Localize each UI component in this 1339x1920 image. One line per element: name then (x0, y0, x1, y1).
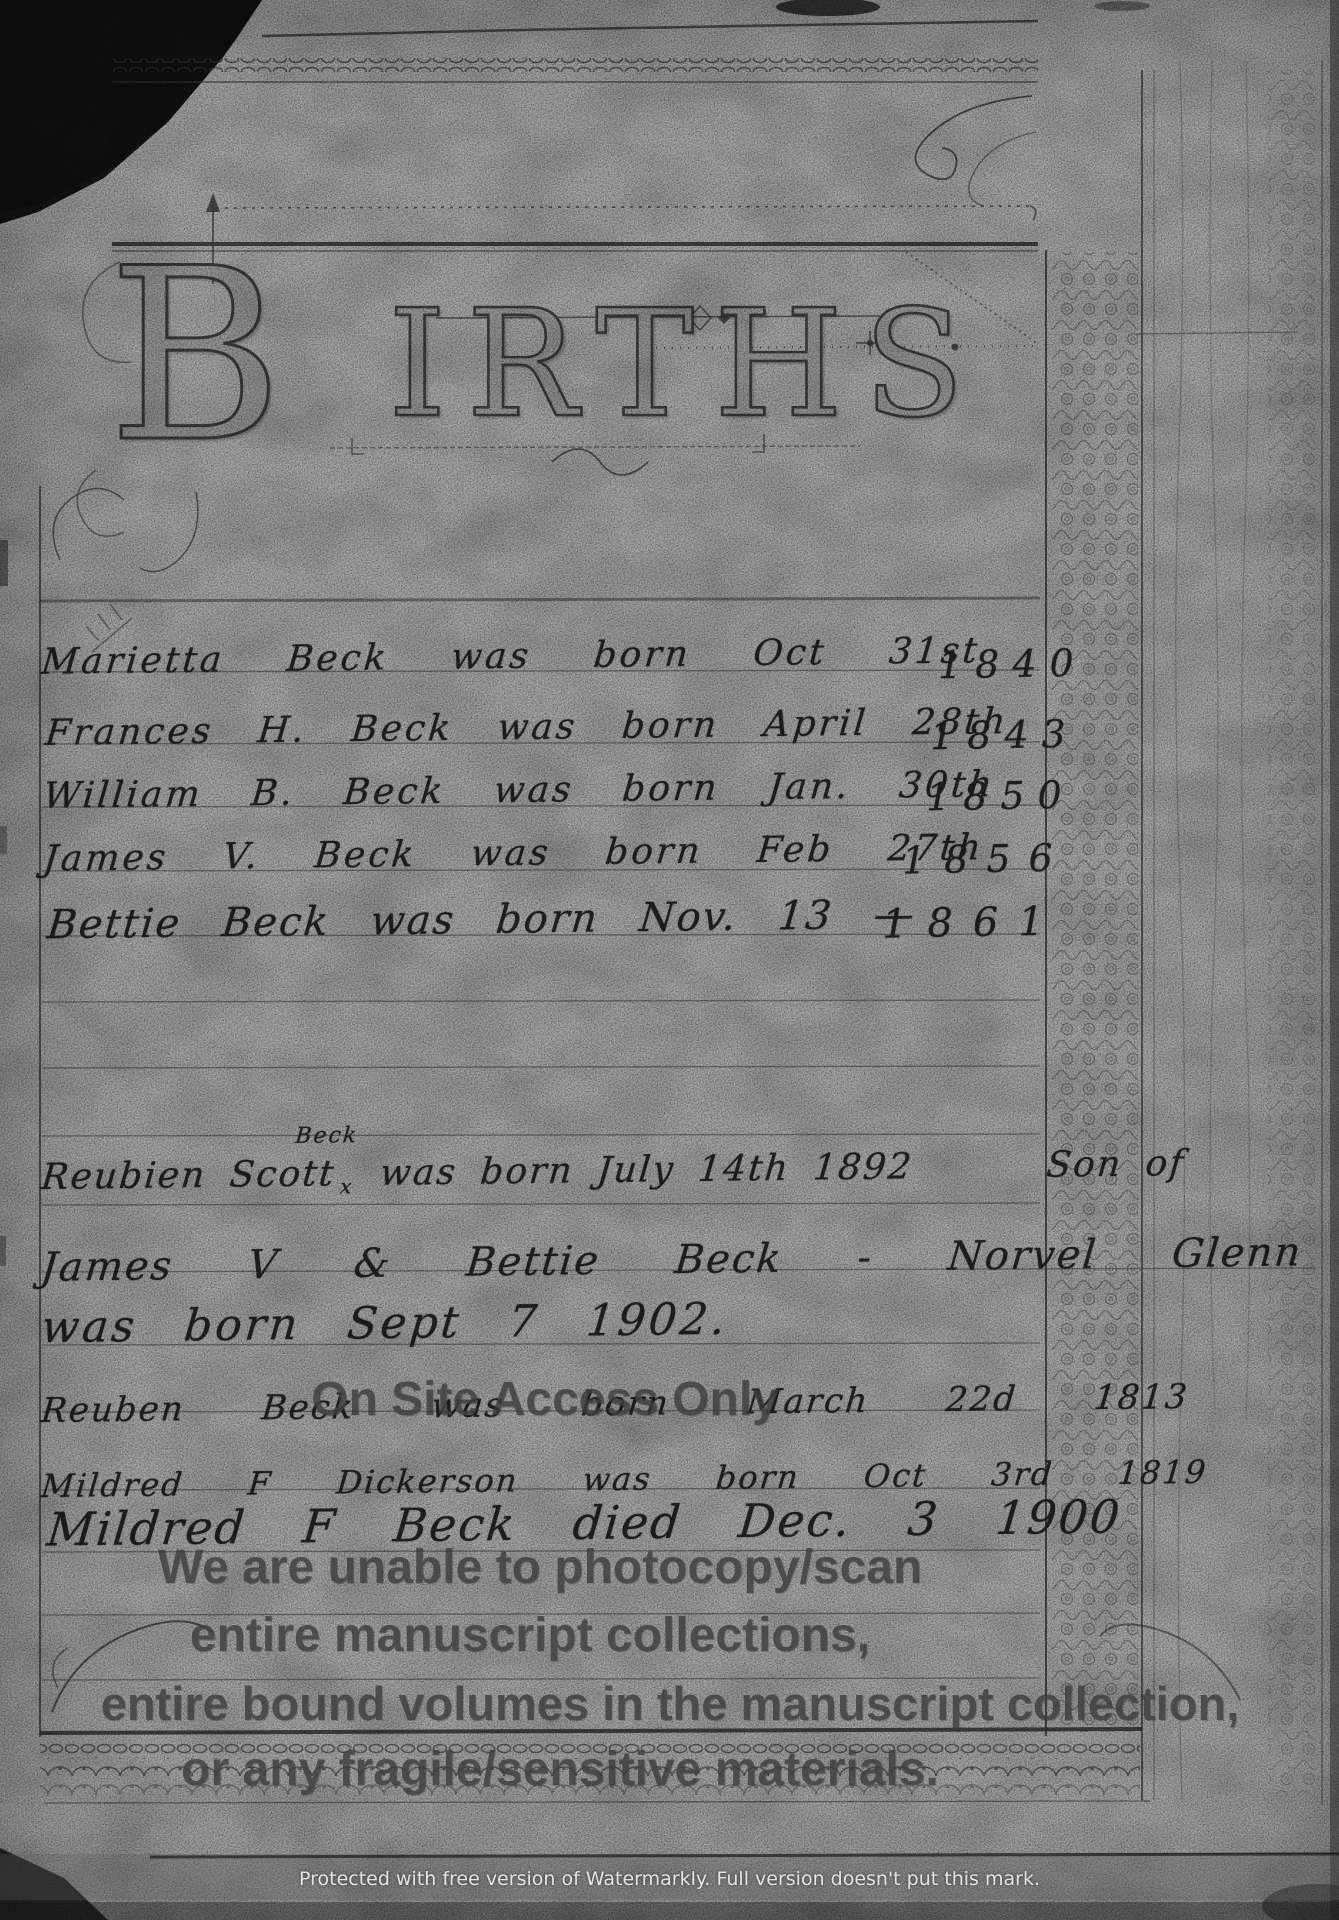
birth-record-2-year: 1843 (930, 712, 1079, 759)
watermark-notice-line-4: or any fragile/sensitive materials. (160, 1742, 960, 1797)
birth-record-5-year: 1861 (882, 898, 1065, 947)
birth-record-1-year: 1840 (938, 641, 1087, 688)
page-title: IRTHS (388, 290, 984, 438)
birth-record-4-year: 1856 (902, 836, 1071, 883)
addendum-birth-text: was born July 14th 1892 (378, 1146, 915, 1193)
watermark-notice-line-2: entire manuscript collections, (130, 1608, 930, 1663)
caret-mark: x (339, 1174, 355, 1198)
addendum-norvel-birth: was born Sept 7 1902. (39, 1294, 730, 1353)
watermark-notice-line-3: entire bound volumes in the manuscript c… (10, 1676, 1330, 1731)
scanned-register-page: B IRTHS Marietta Beck was born Oct 31st … (0, 0, 1339, 1920)
birth-record-3-year: 1850 (926, 773, 1075, 820)
inserted-surname: Beck (294, 1123, 359, 1149)
addendum-son-of: Son of (1045, 1143, 1187, 1186)
watermark-access-line: On Site Access Only (150, 1372, 940, 1427)
page-title-initial: B (108, 238, 283, 476)
addendum-name: Reubien Scott (40, 1153, 338, 1198)
watermark-notice-line-1: We are unable to photocopy/scan (140, 1540, 940, 1595)
watermark-footer-text: Protected with free version of Watermark… (0, 1868, 1339, 1890)
